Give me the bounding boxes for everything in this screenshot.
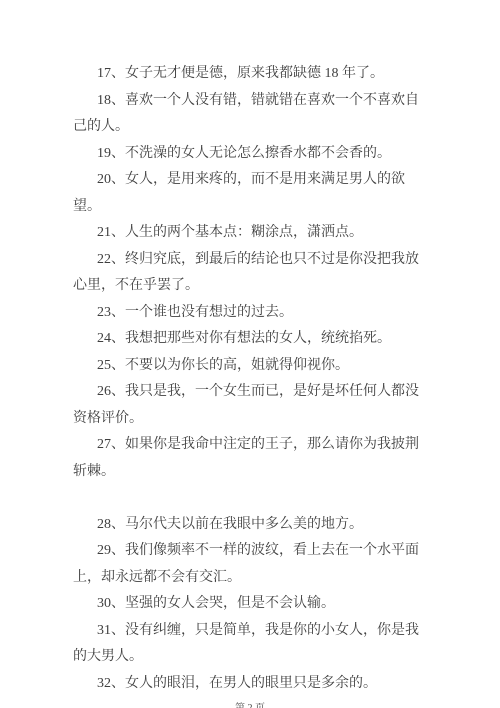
quote-item: 22、终归究底，到最后的结论也只不过是你没把我放心里，不在乎罢了。 bbox=[73, 247, 430, 300]
quote-item: 28、马尔代夫以前在我眼中多么美的地方。 bbox=[73, 512, 430, 539]
quote-item: 17、女子无才便是德，原来我都缺德 18 年了。 bbox=[73, 61, 430, 88]
quote-item: 32、女人的眼泪，在男人的眼里只是多余的。 bbox=[73, 671, 430, 698]
quote-item: 20、女人，是用来疼的，而不是用来满足男人的欲望。 bbox=[73, 167, 430, 220]
quote-item: 23、一个谁也没有想过的过去。 bbox=[73, 300, 430, 327]
page-number: 第 2 页 bbox=[235, 703, 265, 708]
quote-item: 19、不洗澡的女人无论怎么擦香水都不会香的。 bbox=[73, 141, 430, 168]
quote-item: 31、没有纠缠，只是简单，我是你的小女人，你是我的大男人。 bbox=[73, 618, 430, 671]
quote-item: 25、不要以为你长的高，姐就得仰视你。 bbox=[73, 353, 430, 380]
quote-item: 24、我想把那些对你有想法的女人，统统掐死。 bbox=[73, 326, 430, 353]
quote-item: 30、坚强的女人会哭，但是不会认输。 bbox=[73, 591, 430, 618]
document-page: 17、女子无才便是德，原来我都缺德 18 年了。 18、喜欢一个人没有错，错就错… bbox=[0, 0, 500, 708]
quote-item: 26、我只是我，一个女生而已，是好是坏任何人都没资格评价。 bbox=[73, 379, 430, 432]
quote-list: 17、女子无才便是德，原来我都缺德 18 年了。 18、喜欢一个人没有错，错就错… bbox=[73, 61, 430, 697]
quote-item: 29、我们像频率不一样的波纹，看上去在一个水平面上，却永远都不会有交汇。 bbox=[73, 538, 430, 591]
page-footer: 第 2 页 bbox=[0, 702, 500, 708]
quote-item: 27、如果你是我命中注定的王子，那么请你为我披荆斩棘。 bbox=[73, 432, 430, 485]
quote-item: 21、人生的两个基本点：糊涂点，潇洒点。 bbox=[73, 220, 430, 247]
quote-item: 18、喜欢一个人没有错，错就错在喜欢一个不喜欢自己的人。 bbox=[73, 88, 430, 141]
